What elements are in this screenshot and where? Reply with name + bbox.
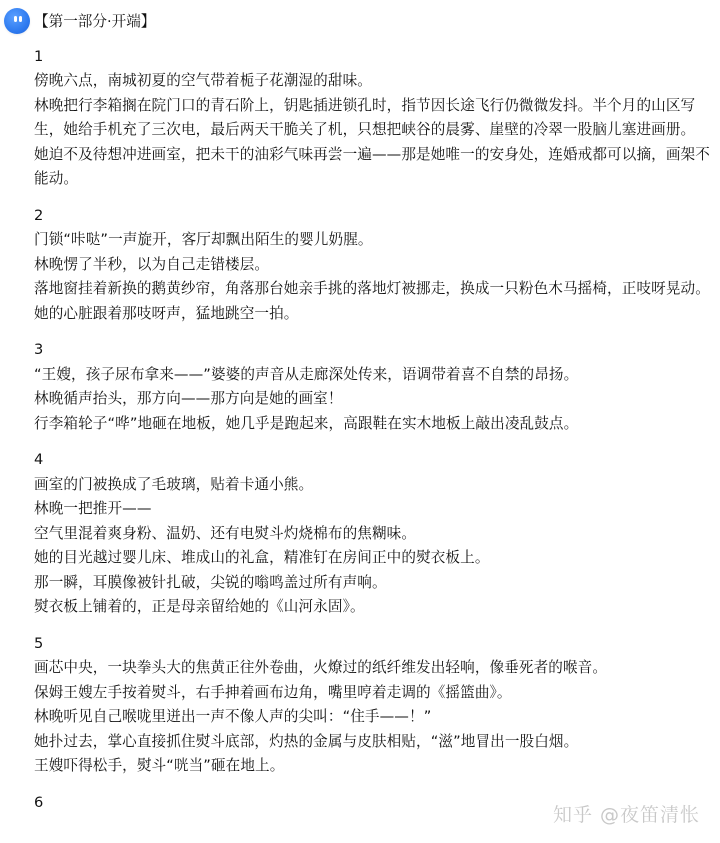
section-number: 3 (34, 338, 714, 363)
paragraph: 画室的门被换成了毛玻璃，贴着卡通小熊。 (34, 473, 714, 498)
paragraph: 她的目光越过婴儿床、堆成山的礼盒，精准钉在房间正中的熨衣板上。 (34, 546, 714, 571)
paragraph: 傍晚六点，南城初夏的空气带着栀子花潮湿的甜味。 (34, 69, 714, 94)
paragraph: 林晚循声抬头，那方向——那方向是她的画室！ (34, 387, 714, 412)
avatar-eye-icon (14, 16, 17, 22)
zhihu-watermark: 知乎 @夜笛清怅 (551, 800, 702, 827)
paragraph: 空气里混着爽身粉、温奶、还有电熨斗灼烧棉布的焦糊味。 (34, 522, 714, 547)
paragraph: 林晚把行李箱搁在院门口的青石阶上，钥匙插进锁孔时，指节因长途飞行仍微微发抖。半个… (34, 94, 714, 143)
paragraph: 她扑过去，掌心直接抓住熨斗底部，灼热的金属与皮肤相贴，“滋”地冒出一股白烟。 (34, 730, 714, 755)
paragraph: 林晚愣了半秒，以为自己走错楼层。 (34, 253, 714, 278)
section-5: 5 画芯中央，一块拳头大的焦黄正往外卷曲，火燎过的纸纤维发出轻响，像垂死者的喉音… (34, 632, 714, 779)
paragraph: 林晚一把推开—— (34, 497, 714, 522)
paragraph: 那一瞬，耳膜像被针扎破，尖锐的嗡鸣盖过所有声响。 (34, 571, 714, 596)
section-4: 4 画室的门被换成了毛玻璃，贴着卡通小熊。 林晚一把推开—— 空气里混着爽身粉、… (34, 448, 714, 620)
paragraph: 王嫂吓得松手，熨斗“咣当”砸在地上。 (34, 754, 714, 779)
section-1: 1 傍晚六点，南城初夏的空气带着栀子花潮湿的甜味。 林晚把行李箱搁在院门口的青石… (34, 45, 714, 192)
paragraph: 熨衣板上铺着的，正是母亲留给她的《山河永固》。 (34, 595, 714, 620)
section-3: 3 “王嫂，孩子尿布拿来——”婆婆的声音从走廊深处传来，语调带着喜不自禁的昂扬。… (34, 338, 714, 436)
avatar[interactable] (4, 8, 30, 34)
paragraph: 保姆王嫂左手按着熨斗，右手抻着画布边角，嘴里哼着走调的《摇篮曲》。 (34, 681, 714, 706)
section-number: 4 (34, 448, 714, 473)
section-2: 2 门锁“咔哒”一声旋开，客厅却飘出陌生的婴儿奶腥。 林晚愣了半秒，以为自己走错… (34, 204, 714, 327)
article-body: 【第一部分·开端】 1 傍晚六点，南城初夏的空气带着栀子花潮湿的甜味。 林晚把行… (34, 10, 714, 827)
part-heading: 【第一部分·开端】 (34, 10, 714, 35)
paragraph: “王嫂，孩子尿布拿来——”婆婆的声音从走廊深处传来，语调带着喜不自禁的昂扬。 (34, 363, 714, 388)
section-number: 5 (34, 632, 714, 657)
paragraph: 落地窗挂着新换的鹅黄纱帘，角落那台她亲手挑的落地灯被挪走，换成一只粉色木马摇椅，… (34, 277, 714, 326)
section-number: 1 (34, 45, 714, 70)
paragraph: 行李箱轮子“哗”地砸在地板，她几乎是跑起来，高跟鞋在实木地板上敲出凌乱鼓点。 (34, 412, 714, 437)
paragraph: 门锁“咔哒”一声旋开，客厅却飘出陌生的婴儿奶腥。 (34, 228, 714, 253)
avatar-eye-icon (19, 16, 22, 22)
paragraph: 林晚听见自己喉咙里迸出一声不像人声的尖叫：“住手——！” (34, 705, 714, 730)
paragraph: 画芯中央，一块拳头大的焦黄正往外卷曲，火燎过的纸纤维发出轻响，像垂死者的喉音。 (34, 656, 714, 681)
paragraph: 她迫不及待想冲进画室，把未干的油彩气味再尝一遍——那是她唯一的安身处，连婚戒都可… (34, 143, 714, 192)
section-number: 2 (34, 204, 714, 229)
